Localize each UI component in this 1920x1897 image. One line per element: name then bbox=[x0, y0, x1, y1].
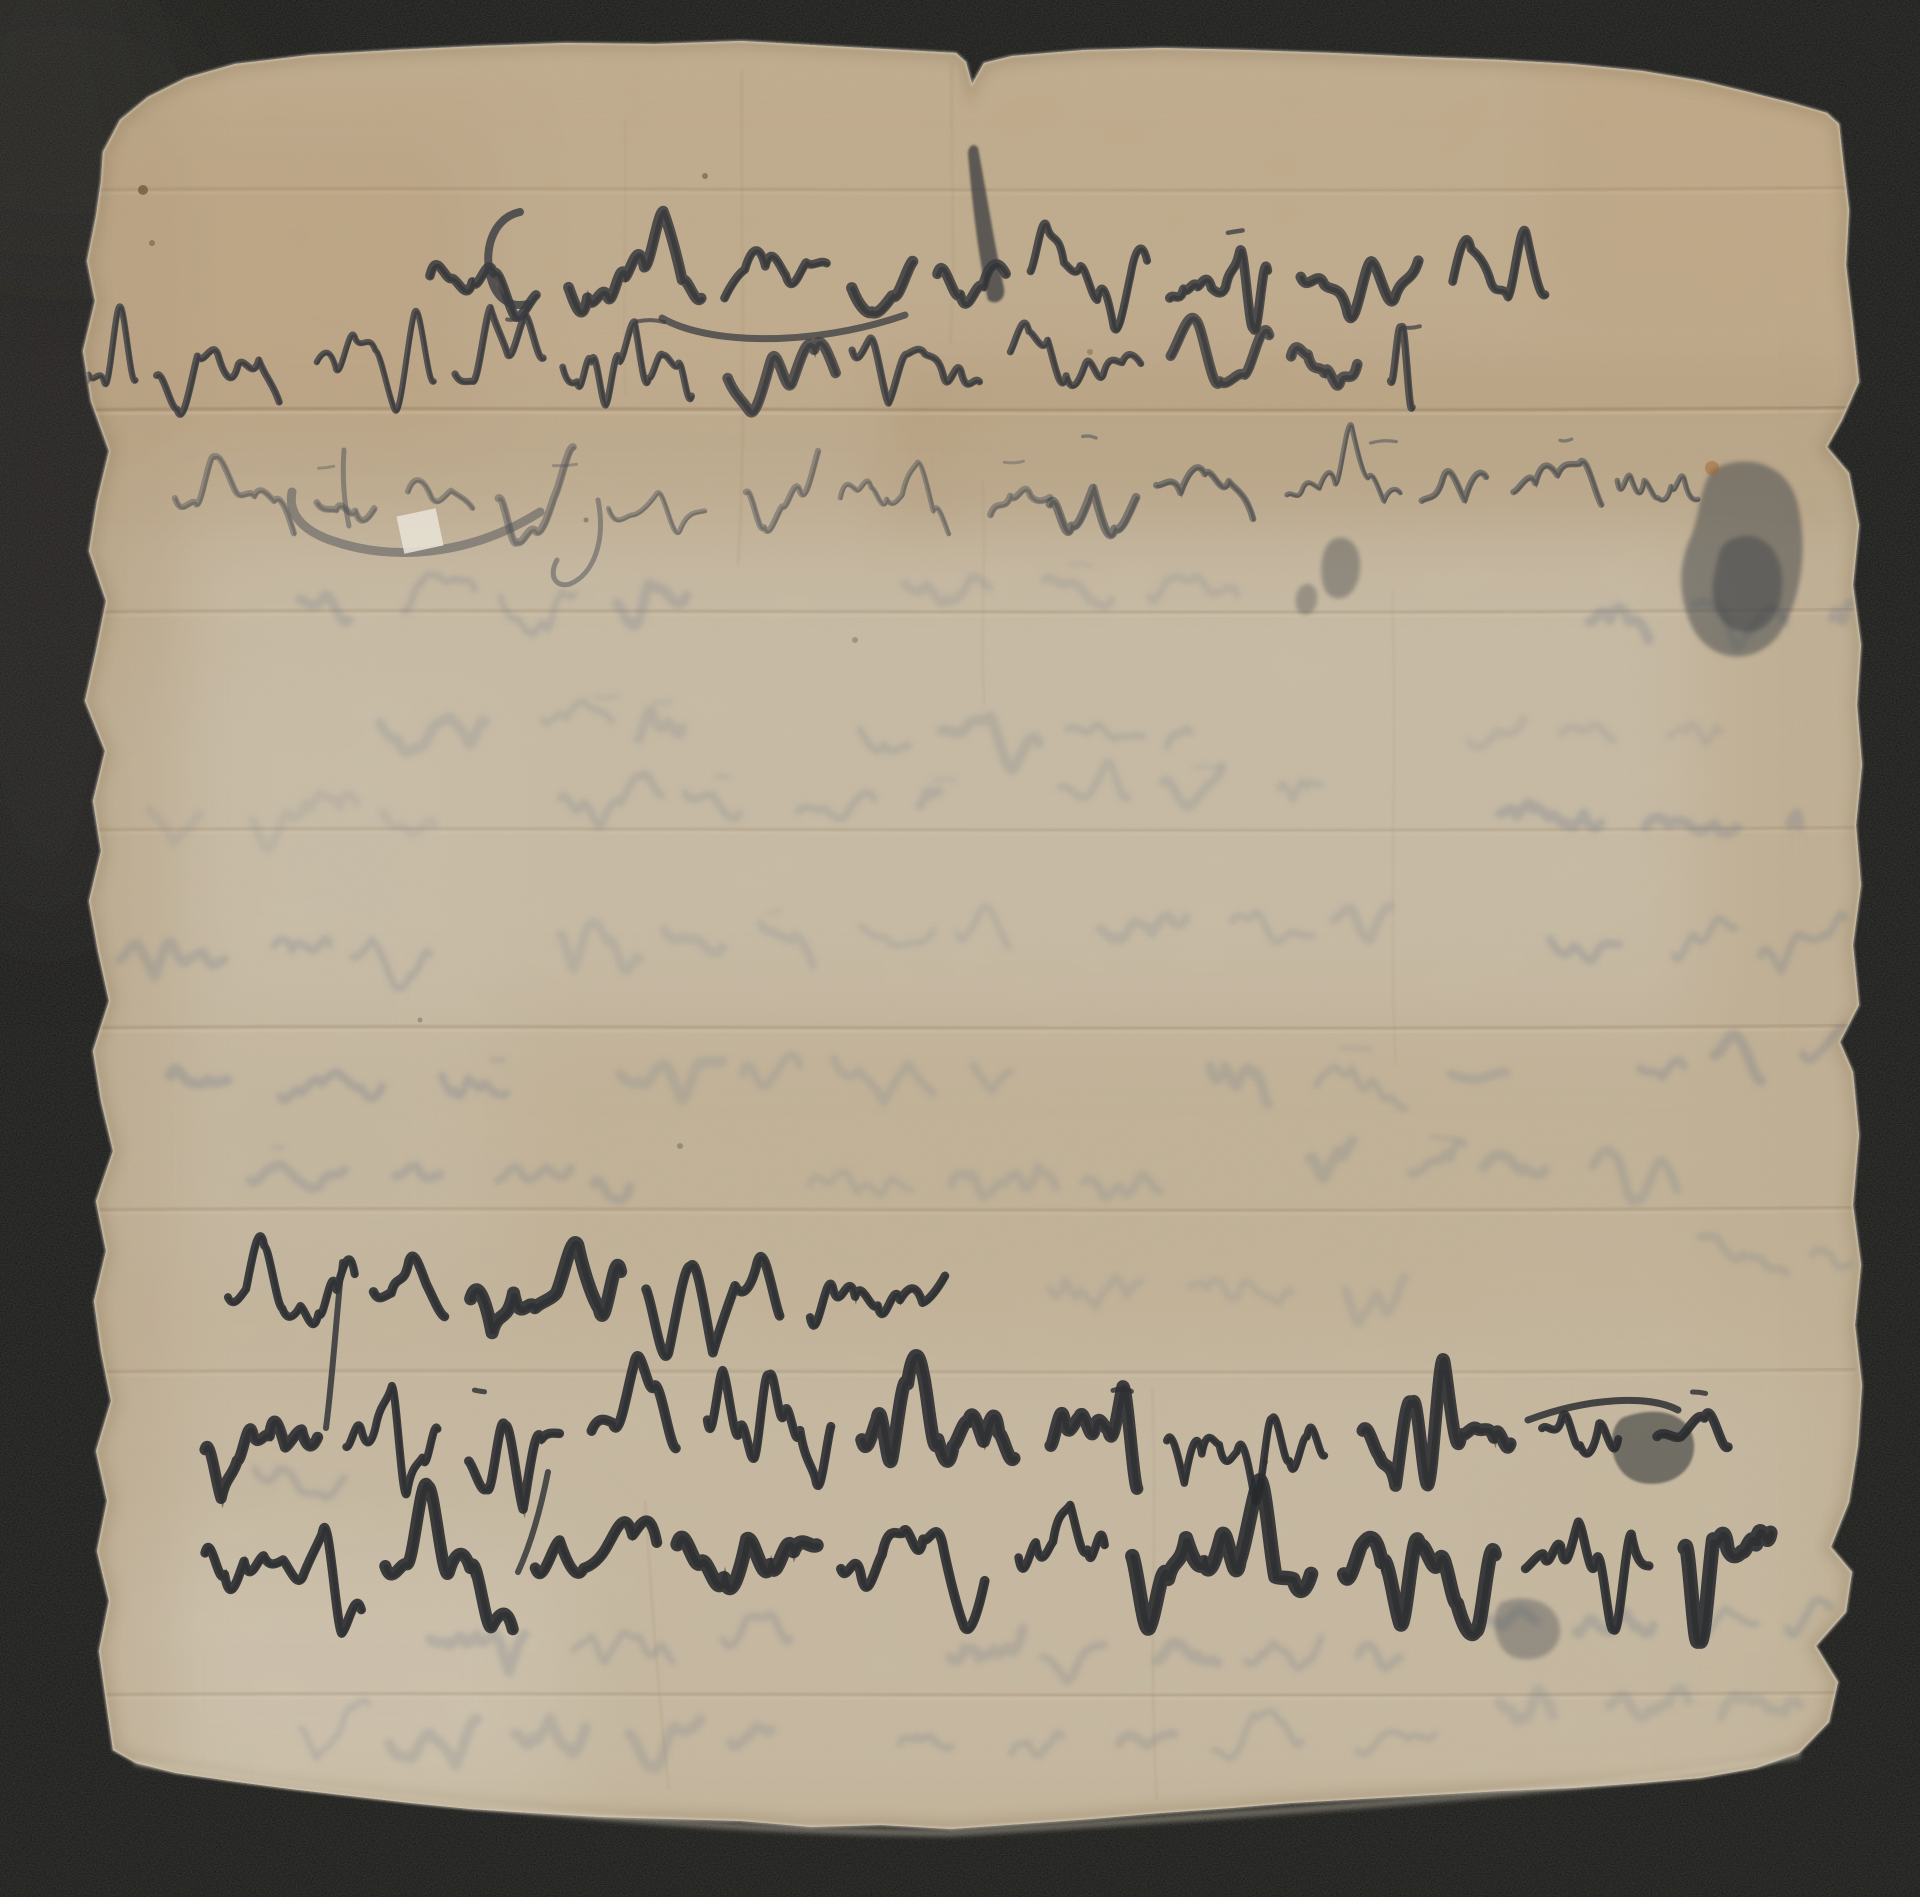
speck bbox=[584, 518, 589, 523]
speck bbox=[702, 173, 708, 179]
speck bbox=[149, 240, 155, 246]
paper-repair-patch bbox=[396, 508, 443, 553]
diacritic-mark bbox=[934, 779, 955, 780]
speck bbox=[138, 185, 148, 195]
diacritic-mark bbox=[1403, 326, 1420, 328]
paper-surface bbox=[60, 25, 1885, 1845]
right-edge-blot-core bbox=[1712, 536, 1782, 632]
manuscript-photograph bbox=[0, 0, 1920, 1897]
diacritic-mark bbox=[1004, 461, 1023, 463]
diacritic-mark bbox=[1341, 1048, 1370, 1049]
script-word bbox=[1789, 813, 1800, 828]
diacritic-mark bbox=[553, 464, 576, 465]
diacritic-mark bbox=[1228, 230, 1243, 232]
diacritic-mark bbox=[1194, 766, 1218, 767]
diacritic-mark bbox=[1560, 439, 1572, 441]
diacritic-mark bbox=[492, 1059, 504, 1061]
diacritic-mark bbox=[654, 701, 671, 702]
line2-heavy-blob bbox=[1612, 1412, 1694, 1484]
speck bbox=[1262, 1459, 1268, 1465]
diacritic-mark bbox=[1083, 436, 1096, 438]
diacritic-mark bbox=[1113, 1389, 1131, 1391]
diacritic-mark bbox=[716, 776, 728, 777]
speck bbox=[1705, 461, 1719, 475]
diacritic-mark bbox=[1693, 1392, 1706, 1393]
speck bbox=[677, 1143, 683, 1149]
speck bbox=[418, 1018, 423, 1023]
diacritic-mark bbox=[474, 1390, 484, 1392]
speck bbox=[852, 637, 858, 643]
manuscript-scene bbox=[0, 0, 1920, 1897]
speck bbox=[1087, 349, 1093, 355]
